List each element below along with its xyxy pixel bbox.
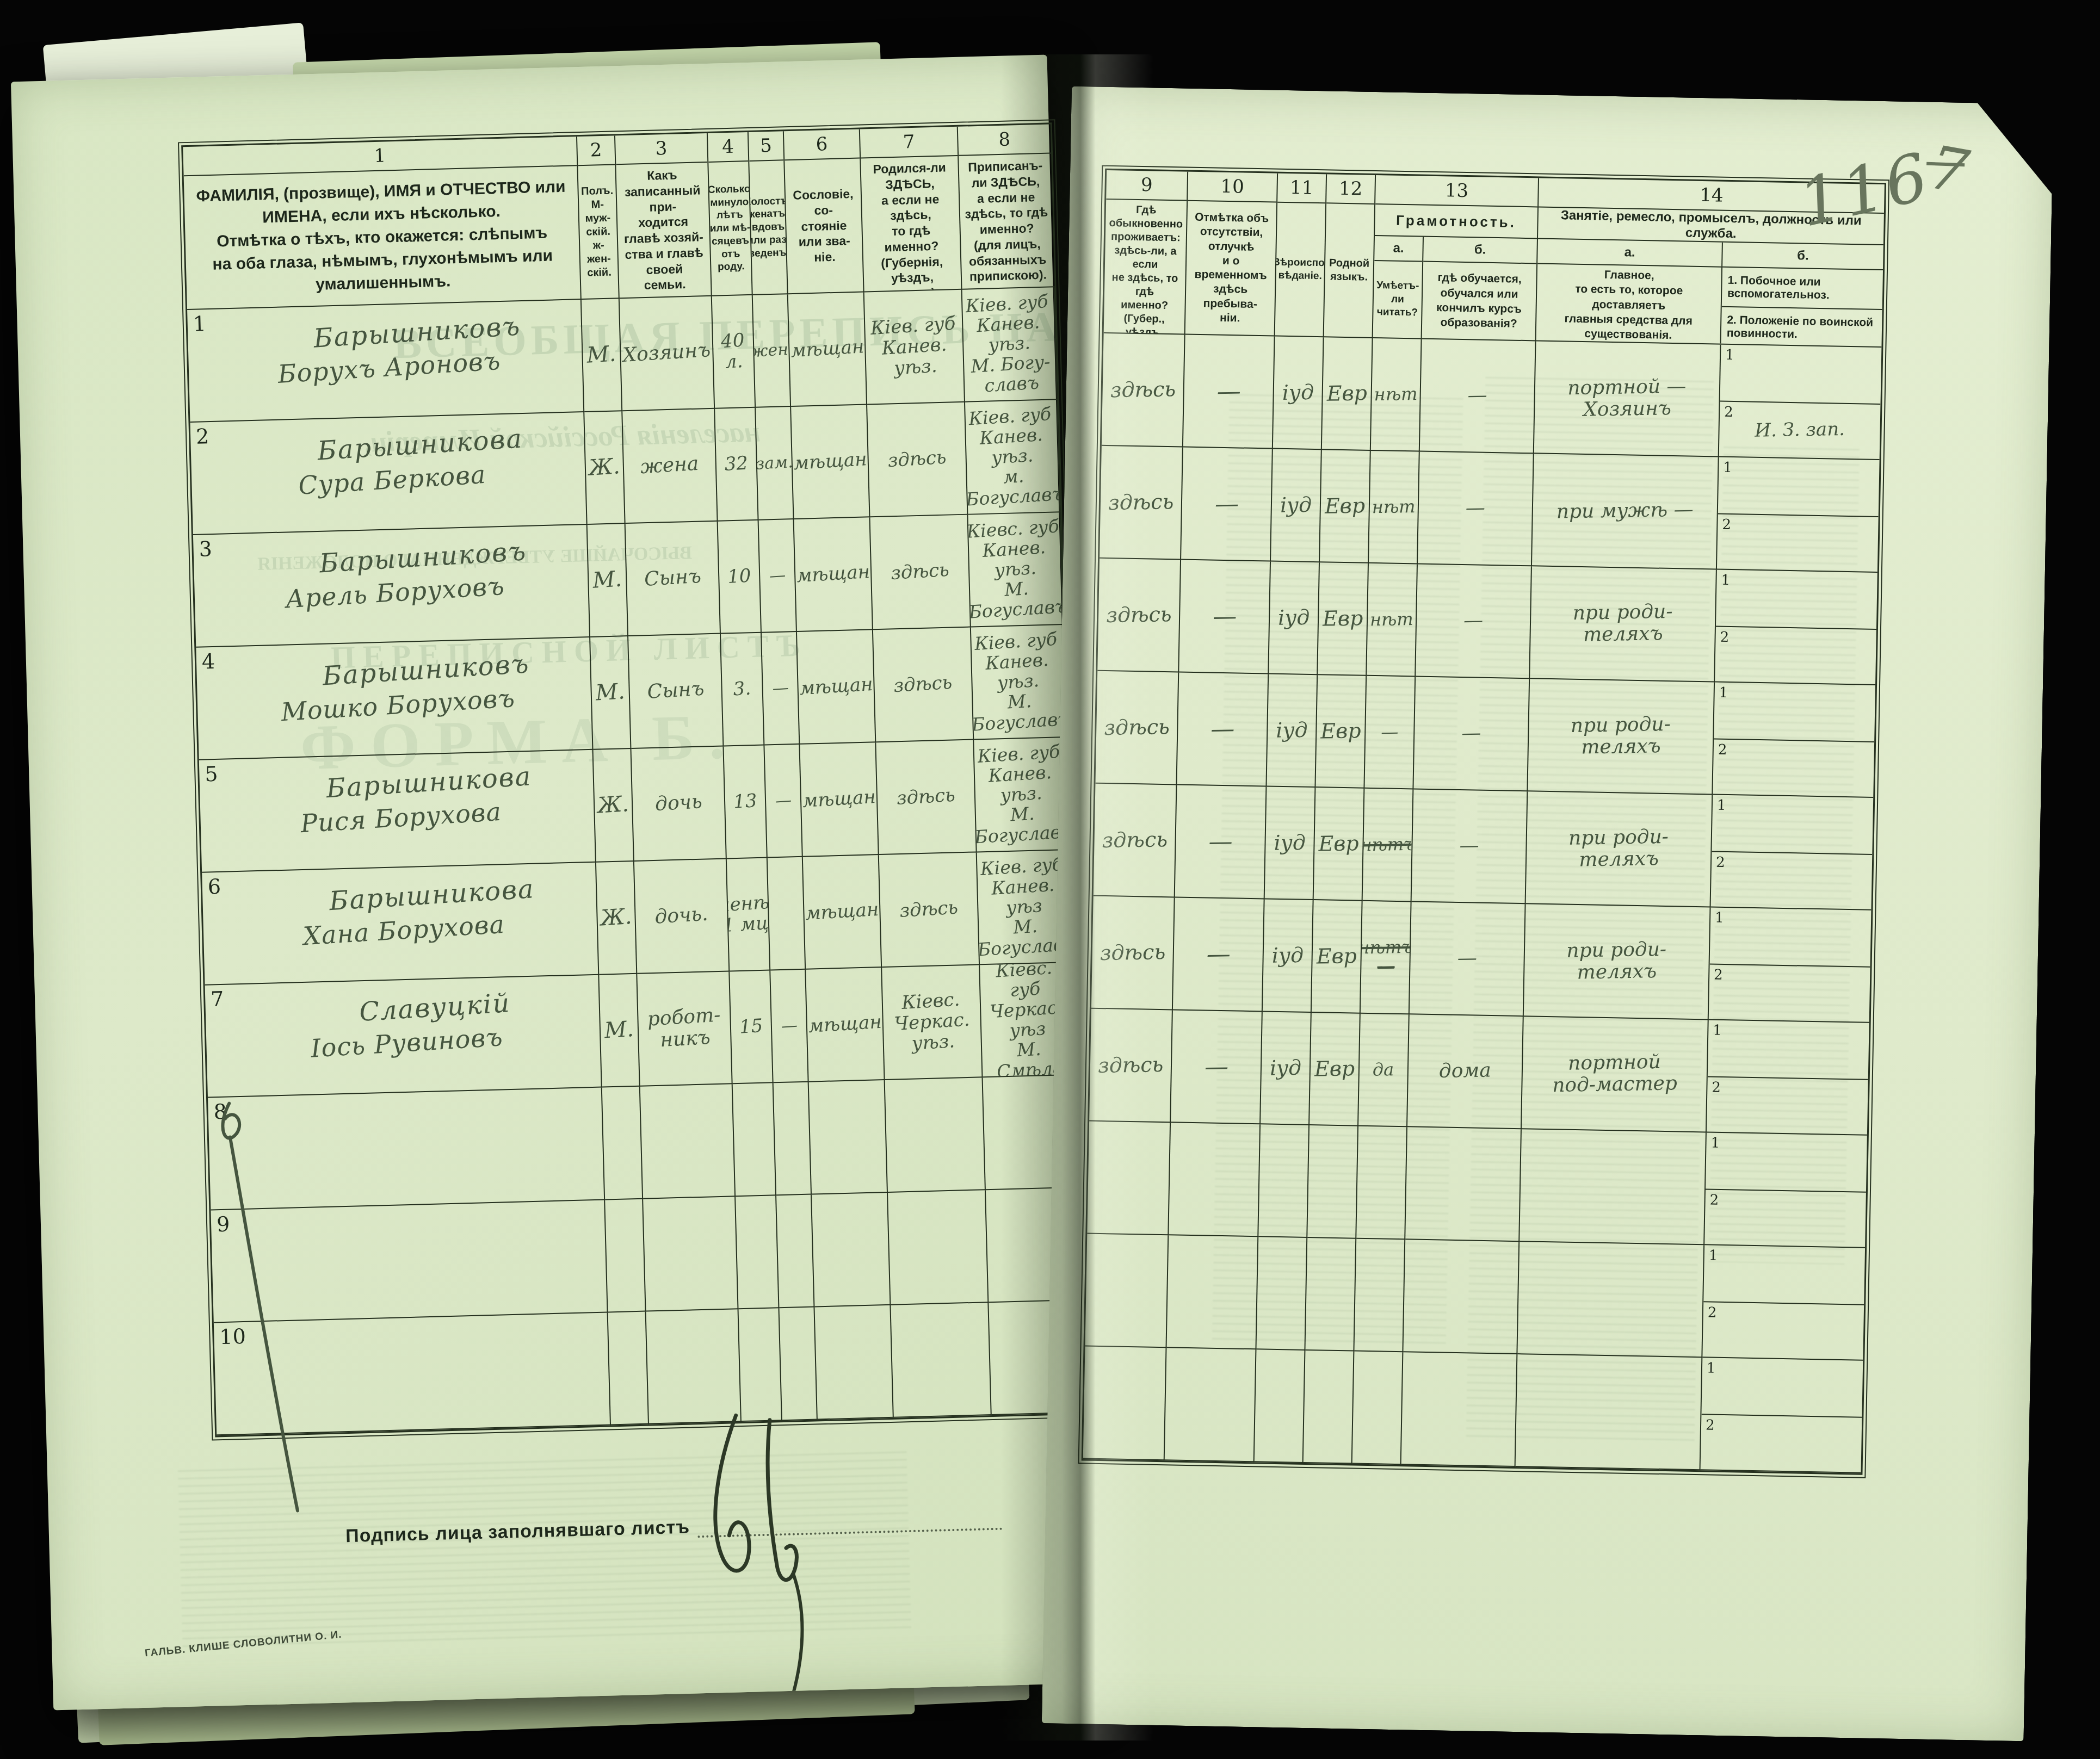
col5-text: Холостъ, женатъ, вдовъ или раз- веденъ. [749, 160, 787, 294]
row-5-estate-cell: мѣщан [800, 742, 879, 857]
row-1-b2-number: 2 [1724, 404, 1733, 420]
col3-text: Какъ записанный при- ходится главѣ хозяй… [616, 163, 711, 298]
col3-number: 3 [615, 133, 707, 165]
row-8-native-language-cell [1307, 1125, 1358, 1239]
row-7-occupation-a-cell: портной под-мастер [1522, 1017, 1709, 1132]
row-5-relation: дочь [654, 791, 703, 816]
row-6-absence-note-cell: — [1173, 897, 1265, 1012]
row-1-age: 40 л. [712, 330, 755, 373]
row-8-occupation-b1: 1 [1706, 1132, 1867, 1192]
row-9-native-language-cell [1305, 1238, 1356, 1352]
row-1-marital: жен. [753, 340, 791, 361]
row-6-residence-cell: здѣсь [1091, 896, 1175, 1011]
row-9-religion-cell [1256, 1237, 1307, 1351]
row-7-birthplace-cell: Кіевс. Черкас. уѣз. [882, 965, 983, 1080]
row-2-birthplace-cell: здѣсь [867, 402, 968, 518]
row-3-literacy-b-cell: — [1416, 564, 1532, 679]
header-col9: 9 Гдѣ обыкновенно проживаетъ: здѣсь-ли, … [1104, 170, 1188, 335]
col10-text: Отмѣтка объ отсутствіи, отлучкѣ и о врем… [1185, 201, 1276, 336]
row-4-sex: М. [595, 679, 626, 705]
row-6-sex-cell: Ж. [596, 862, 637, 975]
col14b1-text: 1. Побочное или вспомогательноз. [1722, 268, 1883, 311]
row-3-religion: іуд [1278, 606, 1310, 630]
row-7-relation-cell: робот- никъ [637, 971, 732, 1086]
row-10-occupation-a-cell [1516, 1354, 1703, 1470]
row-3-age-cell: 10 [718, 521, 762, 634]
row-6-literacy-b-cell: — [1410, 902, 1526, 1017]
pencil-page-mark: 7 [1924, 132, 1974, 207]
row-3-occupation-a-cell: при роди- теляхъ [1530, 566, 1717, 682]
header-col2: 2 Полъ. М-муж- скій. ж-жен- скій. [577, 135, 620, 300]
row-2-sex-cell: Ж. [584, 411, 625, 525]
col1-text: ФАМИЛІЯ, (прозвище), ИМЯ и ОТЧЕСТВО или … [184, 166, 580, 309]
row-4-occupation-b2: 2 [1713, 739, 1874, 798]
row-5-b1-number: 1 [1717, 797, 1726, 814]
row-2-literacy-a: нѣт [1372, 497, 1416, 517]
row-1-occupation-b2: 2И. З. зап. [1719, 401, 1881, 460]
signature-row: Подпись лица заполнявшаго листъ [345, 1506, 1003, 1547]
row-4-age: 3. [733, 678, 752, 700]
row-6-residence: здѣсь [1100, 940, 1165, 965]
row-10-native-language-cell [1304, 1351, 1355, 1464]
row-10-literacy-b-cell [1401, 1352, 1518, 1467]
col13a-label: а. [1374, 236, 1423, 262]
row-3-age: 10 [727, 566, 752, 588]
row-6-literacy-b: — [1457, 947, 1477, 970]
row-6-b1-number: 1 [1715, 910, 1724, 926]
row-10-b2-number: 2 [1706, 1417, 1715, 1433]
header-col10: 10 Отмѣтка объ отсутствіи, отлучкѣ и о в… [1185, 172, 1278, 337]
row-2-native-language: Евр [1324, 494, 1365, 518]
row-2-age: 32 [724, 453, 749, 475]
row-7-residence-cell: здѣсь [1089, 1009, 1173, 1123]
row-2-relation: жена [640, 453, 700, 479]
header-col12: 12 Родной языкъ. [1324, 174, 1376, 338]
row-6-number: 6 [207, 875, 221, 899]
col6-number: 6 [784, 129, 860, 161]
row-7-occupation-b1: 1 [1708, 1020, 1869, 1080]
row-5-registration-place: Кіев. губ Канев. уѣз. М. Богуславъ [974, 741, 1069, 847]
row-7-religion-cell: іуд [1261, 1012, 1312, 1125]
row-6-occupation-b1: 1 [1710, 907, 1872, 967]
row-8-occupation-b-cell: 12 [1704, 1132, 1867, 1248]
row-3-marital-cell: — [759, 519, 797, 633]
row-4-occupation-a-cell: при роди- теляхъ [1528, 679, 1715, 795]
row-4-birthplace: здѣсь [893, 672, 953, 697]
row-9-literacy-b-cell [1403, 1240, 1520, 1354]
row-5-absence-note-cell: — [1175, 785, 1267, 899]
row-1-military-note: И. З. зап. [1719, 418, 1880, 441]
row-5-literacy-a: нѣтъ [1363, 834, 1414, 854]
row-8-residence-cell [1087, 1122, 1171, 1236]
row-8-occupation-b2: 2 [1704, 1190, 1866, 1248]
row-1-native-language: Евр [1326, 382, 1367, 406]
row-1-literacy-b-cell: — [1420, 339, 1536, 454]
row-4-residence: здѣсь [1104, 715, 1170, 740]
row-3-b1-number: 1 [1721, 572, 1730, 589]
col14b2-text: 2. Положеніе по воинской повинности. [1721, 307, 1882, 348]
row-5-birthplace-cell: здѣсь [876, 740, 977, 855]
row-7-birthplace: Кіевс. Черкас. уѣз. [892, 989, 971, 1055]
row-1-name-cell: 1БарышниковъБорухъ Ароновъ [187, 300, 584, 423]
row-7-occupation-a: портной под-мастер [1552, 1051, 1677, 1097]
census-table-right: 9 Гдѣ обыкновенно проживаетъ: здѣсь-ли, … [1082, 169, 1886, 1475]
row-3-native-language-cell: Евр [1318, 562, 1369, 676]
row-5-number: 5 [205, 762, 218, 786]
row-5-religion-cell: іуд [1265, 786, 1316, 900]
row-9-occupation-b-cell: 12 [1702, 1245, 1865, 1360]
row-3-number: 3 [199, 537, 212, 561]
row-3-occupation-a: при роди- теляхъ [1573, 601, 1673, 647]
row-2-registration-place: Кіев. губ Канев. уѣз. м. Богуславъ [965, 404, 1060, 510]
row-7-occupation-b2: 2 [1707, 1077, 1868, 1136]
scanned-census-sheet: ВСЕОБЩАЯ ПЕРЕПИСЬ НА населенія Россійско… [0, 0, 2100, 1759]
header-col11: 11 Вѣроиспо- вѣданіе. [1275, 174, 1327, 338]
row-7-estate: мѣщан [807, 1012, 882, 1037]
header-col6: 6 Сословіе, со- стояніе или зва- ніе. [784, 129, 864, 295]
row-1-occupation-a-cell: портной — Хозяинъ [1534, 341, 1721, 457]
row-7-literacy-b: дома [1439, 1060, 1491, 1083]
row-4-marital-cell: — [762, 632, 800, 746]
row-1-relation-cell: Хозяинъ [620, 296, 715, 411]
row-3-estate: мѣщан [796, 562, 870, 587]
row-5-native-language: Евр [1318, 832, 1359, 856]
row-5-birthplace: здѣсь [896, 785, 956, 809]
row-9-occupation-b2: 2 [1702, 1302, 1864, 1361]
row-1-estate: мѣщан [790, 337, 864, 362]
row-9-relation-cell [643, 1197, 738, 1311]
row-1-absence-note: — [1216, 378, 1241, 405]
row-7-age: 15 [739, 1016, 764, 1038]
row-3-sex-cell: М. [588, 524, 628, 637]
row-8-literacy-b-cell [1405, 1127, 1522, 1242]
row-4-birthplace-cell: здѣсь [873, 628, 974, 743]
row-6-occupation-a-cell: при роди- теляхъ [1524, 904, 1711, 1020]
row-4-occupation-b-cell: 12 [1713, 683, 1875, 798]
row-3-residence: здѣсь [1106, 603, 1172, 627]
row-2-religion: іуд [1280, 493, 1312, 517]
row-4-literacy-b: — [1461, 722, 1481, 745]
row-6-occupation-a: при роди- теляхъ [1566, 939, 1667, 984]
row-2-sex: Ж. [588, 454, 621, 480]
row-7-residence: здѣсь [1098, 1053, 1164, 1077]
row-6-religion-cell: іуд [1263, 899, 1314, 1013]
row-10-occupation-b2: 2 [1701, 1415, 1862, 1473]
row-2-native-language-cell: Евр [1320, 450, 1371, 563]
row-3-literacy-a-cell: нѣт [1367, 563, 1418, 677]
ghost-text-block [178, 1451, 911, 1650]
row-6-sex: Ж. [600, 905, 632, 931]
row-4-absence-note-cell: — [1177, 672, 1269, 786]
row-5-residence: здѣсь [1102, 828, 1168, 852]
pencil-page-number: 116 [1792, 139, 1937, 241]
row-4-religion: іуд [1276, 719, 1308, 742]
row-7-sex-cell: М. [599, 974, 640, 1088]
row-6-birthplace-cell: здѣсь [879, 852, 980, 968]
row-1-number: 1 [193, 312, 206, 336]
col11-text: Вѣроиспо- вѣданіе. [1275, 203, 1325, 337]
row-2-literacy-a-cell: нѣт [1369, 451, 1420, 565]
col7-text: Родился-ли ЗДѢСЬ, а если не здѣсь, то гд… [861, 156, 961, 293]
row-7-number: 7 [211, 987, 224, 1012]
page-left: ВСЕОБЩАЯ ПЕРЕПИСЬ НА населенія Россійско… [11, 55, 1090, 1711]
row-8-name-cell: 8 [208, 1088, 605, 1211]
row-5-residence-cell: здѣсь [1094, 784, 1177, 898]
row-3-literacy-b: — [1463, 610, 1484, 632]
row-9-absence-note-cell [1166, 1235, 1258, 1349]
row-2-b1-number: 1 [1723, 460, 1732, 476]
row-2-age-cell: 32 [715, 408, 758, 522]
row-6-literacy-a: нѣтъ — [1361, 937, 1412, 977]
page-right: 9 Гдѣ обыкновенно проживаетъ: здѣсь-ли, … [1042, 86, 2054, 1742]
row-8-absence-note-cell [1169, 1123, 1261, 1237]
row-4-literacy-a-cell: — [1364, 676, 1416, 790]
row-7-absence-note: — [1204, 1053, 1228, 1080]
row-9-occupation-b1: 1 [1703, 1245, 1865, 1305]
row-3-relation: Сынъ [644, 566, 702, 591]
row-4-b1-number: 1 [1719, 685, 1728, 701]
row-5-marital-cell: — [764, 745, 802, 858]
row-5-sex: Ж. [597, 792, 629, 818]
row-5-occupation-b1: 1 [1712, 795, 1873, 855]
row-4-age-cell: 3. [721, 633, 764, 747]
row-1-age-cell: 40 л. [712, 295, 756, 409]
row-4-sex-cell: М. [590, 636, 631, 750]
row-6-literacy-a-cell: нѣтъ — [1361, 901, 1412, 1015]
row-6-absence-note: — [1206, 940, 1231, 968]
row-4-estate-cell: мѣщан [797, 630, 876, 745]
row-10-occupation-b1: 1 [1701, 1358, 1863, 1417]
row-9-number: 9 [217, 1212, 230, 1237]
row-3-relation-cell: Сынъ [626, 522, 721, 636]
row-5-age-cell: 13 [724, 746, 767, 859]
header-col1: 1 ФАМИЛІЯ, (прозвище), ИМЯ и ОТЧЕСТВО ил… [183, 137, 582, 310]
col10-number: 10 [1188, 172, 1277, 203]
col8-text: Приписанъ-ли ЗДѢСЬ, а если не здѣсь, то … [959, 153, 1054, 288]
row-10-religion-cell [1255, 1349, 1306, 1463]
row-10-absence-note-cell [1165, 1348, 1257, 1462]
row-7-native-language: Евр [1314, 1057, 1355, 1081]
row-9-literacy-a-cell [1354, 1239, 1405, 1353]
row-5-occupation-a-cell: при роди- теляхъ [1526, 791, 1713, 907]
row-5-sex-cell: Ж. [594, 749, 634, 863]
row-3-residence-cell: здѣсь [1097, 559, 1181, 673]
col12-text: Родной языкъ. [1324, 203, 1374, 337]
row-8-b2-number: 2 [1709, 1192, 1719, 1208]
row-1-literacy-a-cell: нѣт [1371, 338, 1422, 452]
row-4-relation-cell: Сынъ [628, 634, 724, 749]
col13-title: Грамотность. [1375, 205, 1537, 239]
row-7-marital: — [780, 1016, 798, 1035]
row-2-marital-cell: зам. [756, 407, 794, 521]
row-10-name-cell: 10 [214, 1312, 611, 1435]
row-2-absence-note-cell: — [1181, 448, 1273, 562]
row-3-registration-place-cell: Кіевс. губ Канев. уѣз. М. Богуславъ [968, 512, 1063, 627]
row-5-absence-note: — [1208, 828, 1233, 855]
row-7-age-cell: 15 [730, 970, 773, 1084]
row-6-occupation-b-cell: 12 [1709, 907, 1872, 1023]
row-5-religion: іуд [1274, 831, 1306, 855]
row-4-name-cell: 4БарышниковъМошко Боруховъ [196, 637, 593, 760]
row-3-absence-note-cell: — [1179, 560, 1271, 674]
row-6-birthplace: здѣсь [899, 897, 959, 922]
row-1-birthplace-cell: Кіев. губ Канев. уѣз. [864, 290, 965, 405]
col13b: б. гдѣ обучается, обучался или кончилъ к… [1421, 237, 1537, 340]
col2-text: Полъ. М-муж- скій. ж-жен- скій. [578, 165, 618, 299]
col13a: а. Умѣетъ- ли читать? [1373, 236, 1423, 338]
row-1-marital-cell: жен. [753, 294, 791, 408]
header-col4: 4 Сколько минуло лѣтъ или мѣ- сяцевъ отъ… [708, 132, 753, 296]
row-6-native-language-cell: Евр [1312, 900, 1363, 1014]
signature-dotted-line [697, 1506, 1002, 1538]
row-6-occupation-b2: 2 [1709, 964, 1870, 1023]
header-col3: 3 Какъ записанный при- ходится главѣ хоз… [615, 133, 712, 299]
row-1-birthplace: Кіев. губ Канев. уѣз. [870, 313, 959, 381]
row-1-b1-number: 1 [1725, 347, 1734, 363]
row-3-registration-place: Кіевс. губ Канев. уѣз. М. Богуславъ [968, 516, 1063, 622]
row-1-sex: М. [586, 342, 616, 368]
row-6-age-cell: менѣе 1 мц. [727, 858, 770, 971]
row-5-b2-number: 2 [1716, 854, 1725, 870]
row-9-b1-number: 1 [1708, 1248, 1718, 1264]
row-10-relation-cell [646, 1309, 742, 1424]
row-2-occupation-b2: 2 [1717, 514, 1879, 573]
row-4-native-language: Евр [1320, 720, 1361, 744]
printer-imprint: ГАЛЬВ. КЛИШЕ СЛОВОЛИТНИ О. И. [144, 1629, 342, 1660]
census-table-left: 1 ФАМИЛІЯ, (прозвище), ИМЯ и ОТЧЕСТВО ил… [181, 122, 1086, 1437]
row-4-absence-note: — [1210, 715, 1234, 742]
row-7-literacy-b-cell: дома [1407, 1014, 1524, 1129]
col14b-label: б. [1722, 243, 1883, 270]
row-10-literacy-a-cell [1352, 1352, 1404, 1465]
row-4-native-language-cell: Евр [1315, 675, 1367, 789]
row-1-native-language-cell: Евр [1322, 337, 1373, 451]
col7-number: 7 [860, 127, 958, 159]
col9-number: 9 [1106, 170, 1187, 201]
col11-number: 11 [1277, 174, 1326, 204]
row-3-occupation-b1: 1 [1716, 570, 1877, 630]
row-6-relation: дочь. [654, 903, 708, 928]
row-3-religion-cell: іуд [1269, 562, 1320, 676]
row-7-marital-cell: — [770, 970, 808, 1083]
col13b-label: б. [1423, 237, 1537, 264]
row-3-occupation-b-cell: 12 [1715, 570, 1877, 685]
row-2-estate: мѣщан [793, 449, 867, 474]
row-8-number: 8 [213, 1100, 227, 1124]
row-8-estate-cell [809, 1080, 888, 1195]
row-2-occupation-a: при мужѣ — [1557, 499, 1694, 523]
row-5-occupation-a: при роди- теляхъ [1568, 826, 1669, 872]
row-1-religion-cell: іуд [1273, 337, 1324, 450]
row-5-registration-place-cell: Кіев. губ Канев. уѣз. М. Богуславъ [974, 738, 1069, 852]
row-3-birthplace-cell: здѣсь [870, 515, 971, 630]
row-5-estate: мѣщан [802, 786, 876, 812]
row-5-occupation-b-cell: 12 [1711, 795, 1874, 911]
row-6-name-cell: 6БарышниковаХана Борухова [202, 863, 599, 986]
row-5-occupation-b2: 2 [1711, 852, 1873, 911]
col14a-text: Главное, то есть то, которое доставляетъ… [1536, 264, 1722, 346]
row-4-number: 4 [201, 649, 215, 674]
col4-text: Сколько минуло лѣтъ или мѣ- сяцевъ отъ р… [708, 162, 751, 295]
row-10-residence-cell [1083, 1347, 1167, 1461]
col6-text: Сословіе, со- стояніе или зва- ніе. [785, 159, 863, 294]
row-9-b2-number: 2 [1708, 1304, 1717, 1321]
row-4-literacy-a: — [1381, 722, 1399, 742]
row-2-occupation-b-cell: 12 [1717, 457, 1880, 573]
signature-label: Подпись лица заполнявшаго листъ [345, 1517, 690, 1547]
row-10-b1-number: 1 [1707, 1360, 1716, 1376]
row-2-estate-cell: мѣщан [791, 405, 870, 519]
row-5-literacy-b: — [1459, 835, 1479, 857]
row-4-b2-number: 2 [1718, 741, 1727, 758]
row-4-residence-cell: здѣсь [1095, 671, 1179, 785]
col14b: б. 1. Побочное или вспомогательноз. 2. П… [1720, 243, 1883, 348]
col8-number: 8 [958, 124, 1051, 156]
row-6-estate-cell: мѣщан [803, 855, 882, 970]
row-3-occupation-b2: 2 [1715, 627, 1876, 685]
row-6-estate: мѣщан [805, 899, 879, 924]
row-6-native-language: Евр [1316, 944, 1357, 968]
row-4-estate: мѣщан [799, 674, 873, 699]
row-4-occupation-a: при роди- теляхъ [1571, 714, 1671, 759]
row-8-religion-cell [1258, 1124, 1310, 1238]
row-4-religion-cell: іуд [1267, 674, 1318, 788]
header-col8: 8 Приписанъ-ли ЗДѢСЬ, а если не здѣсь, т… [958, 124, 1055, 289]
row-7-native-language-cell: Евр [1310, 1013, 1361, 1126]
row-1-literacy-a: нѣт [1374, 385, 1418, 405]
row-2-number: 2 [196, 424, 209, 449]
row-7-name-cell: 7СлавуцкійІось Рувиновъ [205, 975, 602, 1098]
row-2-residence-cell: здѣсь [1100, 446, 1183, 560]
col14a-label: а. [1537, 239, 1722, 267]
row-2-relation-cell: жена [622, 409, 718, 524]
row-1-registration-place-cell: Кіев. губ Канев. уѣз. М. Богу- славъ [962, 287, 1058, 402]
row-6-religion: іуд [1271, 944, 1304, 968]
row-2-marital: зам. [756, 453, 793, 474]
row-10-marital-cell [779, 1308, 817, 1421]
row-1-estate-cell: мѣщан [788, 292, 867, 407]
col14a: а. Главное, то есть то, которое доставля… [1536, 239, 1722, 346]
row-10-birthplace-cell [891, 1303, 991, 1418]
row-1-occupation-a: портной — Хозяинъ [1567, 376, 1687, 422]
row-9-birthplace-cell [888, 1190, 989, 1305]
row-4-relation: Сынъ [646, 678, 705, 704]
row-2-occupation-b1: 1 [1718, 457, 1880, 517]
row-4-literacy-b-cell: — [1413, 677, 1530, 791]
row-8-occupation-a-cell [1520, 1129, 1707, 1245]
col13-number: 13 [1375, 175, 1538, 207]
row-10-sex-cell [608, 1312, 649, 1426]
row-7-relation: робот- никъ [646, 1005, 722, 1053]
row-10-age-cell [739, 1308, 782, 1422]
row-3-name-cell: 3БарышниковъАрель Боруховъ [193, 525, 590, 648]
row-5-native-language-cell: Евр [1314, 788, 1365, 901]
row-3-b2-number: 2 [1720, 629, 1729, 645]
col13a-text: Умѣетъ- ли читать? [1373, 261, 1423, 338]
row-3-literacy-a: нѣт [1370, 610, 1413, 630]
row-5-name-cell: 5БарышниковаРися Борухова [199, 750, 596, 873]
row-1-literacy-b: — [1467, 385, 1487, 407]
row-2-residence: здѣсь [1108, 490, 1173, 515]
row-3-marital: — [769, 566, 786, 585]
row-1-religion: іуд [1282, 381, 1314, 405]
col2-number: 2 [577, 135, 615, 166]
row-4-occupation-b1: 1 [1714, 683, 1875, 742]
row-1-relation: Хозяинъ [622, 339, 712, 367]
row-6-b2-number: 2 [1714, 967, 1723, 983]
row-9-estate-cell [812, 1193, 891, 1308]
row-8-marital-cell [774, 1082, 812, 1196]
